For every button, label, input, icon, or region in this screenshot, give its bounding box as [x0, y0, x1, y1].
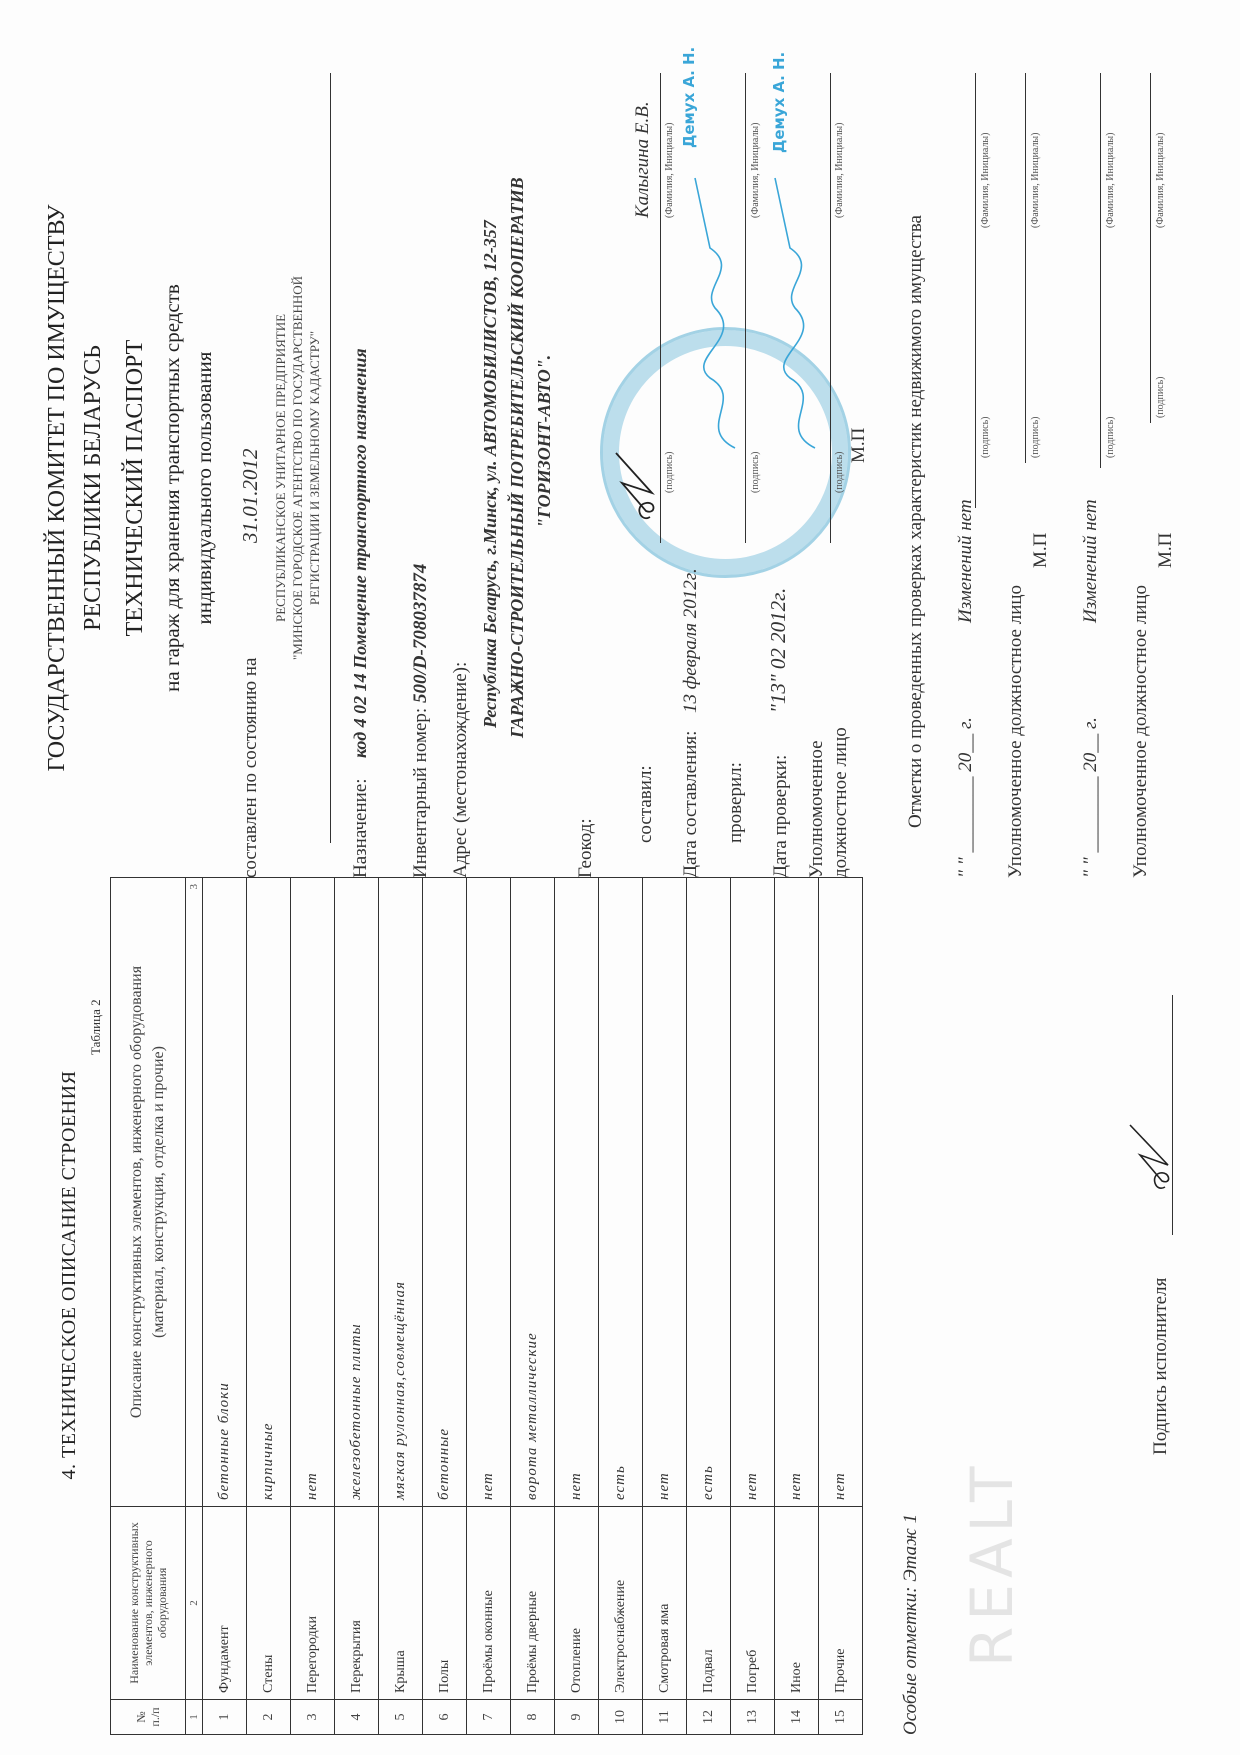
- table-row: 5Крышамягкая рулонная,совмещённая: [379, 878, 423, 1735]
- row-description: нет: [467, 878, 511, 1507]
- row-number: 9: [555, 1700, 599, 1735]
- row-element-name: Полы: [423, 1507, 467, 1700]
- check-date-value: "13" 02 2012г.: [766, 588, 791, 713]
- document-title: ТЕХНИЧЕСКИЙ ПАСПОРТ: [122, 98, 149, 878]
- check-2-line: [1100, 73, 1101, 468]
- passport-title-page: ГОСУДАРСТВЕННЫЙ КОМИТЕТ ПО ИМУЩЕСТВУ РЕС…: [0, 0, 1240, 878]
- row-number: 2: [247, 1700, 291, 1735]
- table-body: 1Фундаментбетонные блоки2Стеныкирпичные3…: [203, 878, 863, 1735]
- table-row: 8Проёмы дверныеворота металлические: [511, 878, 555, 1735]
- as-of-label: составлен по состоянию на: [240, 658, 262, 878]
- column-number: 2: [186, 1507, 203, 1700]
- committee-line2: РЕСПУБЛИКИ БЕЛАРУСЬ: [76, 98, 110, 878]
- address-line2: ГАРАЖНО-СТРОИТЕЛЬНЫЙ ПОТРЕБИТЕЛЬСКИЙ КОО…: [507, 177, 528, 738]
- row-element-name: Фундамент: [203, 1507, 247, 1700]
- row-description: бетонные: [423, 878, 467, 1507]
- row-description: ворота металлические: [511, 878, 555, 1507]
- special-notes: Особые отметки: Этаж 1: [900, 1514, 922, 1735]
- signature-caption: (подпись): [1105, 416, 1116, 458]
- row-number: 4: [335, 1700, 379, 1735]
- check-1-seal: М.П: [1030, 533, 1052, 568]
- compiled-by-name: Калыгина Е.В.: [632, 101, 654, 218]
- check-1-result: Изменений нет: [955, 499, 977, 623]
- signature-caption: (подпись): [980, 416, 991, 458]
- row-description: нет: [291, 878, 335, 1507]
- checker-signature-icon: [690, 158, 750, 458]
- row-description: нет: [775, 878, 819, 1507]
- table-row: 15Прочиенет: [819, 878, 863, 1735]
- row-number: 10: [599, 1700, 643, 1735]
- section-title: 4. ТЕХНИЧЕСКОЕ ОПИСАНИЕ СТРОЕНИЯ: [58, 885, 81, 1665]
- row-description: есть: [599, 878, 643, 1507]
- compiled-by-label: составил:: [635, 765, 657, 843]
- organization-line3: РЕГИСТРАЦИИ И ЗЕМЕЛЬНОМУ КАДАСТРУ": [306, 78, 323, 858]
- row-description: бетонные блоки: [203, 878, 247, 1507]
- organization-underline: [330, 73, 331, 843]
- row-description: нет: [731, 878, 775, 1507]
- document-sheet: 4. ТЕХНИЧЕСКОЕ ОПИСАНИЕ СТРОЕНИЯ Таблица…: [0, 0, 1240, 1755]
- document-subtitle-line1: на гараж для хранения транспортных средс…: [156, 98, 189, 878]
- as-of-date: 31.01.2012: [238, 449, 263, 544]
- row-number: 8: [511, 1700, 555, 1735]
- checked-by-stamp-name: Демух А. Н.: [680, 47, 698, 148]
- column-number: 3: [186, 878, 203, 1507]
- check-1-official-line: [1025, 73, 1026, 463]
- row-element-name: Проёмы оконные: [467, 1507, 511, 1700]
- purpose-label: Назначение:: [350, 778, 372, 878]
- name-caption: (Фамилия, Инициалы): [834, 123, 845, 218]
- name-caption: (Фамилия, Инициалы): [1030, 133, 1041, 228]
- check-1-official: Уполномоченное должностное лицо: [1005, 585, 1027, 878]
- realt-watermark: REALT: [958, 1461, 1026, 1667]
- table-row: 12Подвалесть: [687, 878, 731, 1735]
- table-row: 6Полыбетонные: [423, 878, 467, 1735]
- address-line3: "ГОРИЗОНТ-АВТО".: [534, 355, 555, 528]
- check-2-official: Уполномоченное должностное лицо: [1130, 585, 1152, 878]
- name-caption: (Фамилия, Инициалы): [980, 133, 991, 228]
- name-caption: (Фамилия, Инициалы): [1155, 133, 1166, 228]
- row-number: 14: [775, 1700, 819, 1735]
- row-element-name: Электроснабжение: [599, 1507, 643, 1700]
- inventory-label: Инвентарный номер:: [410, 708, 432, 878]
- row-number: 6: [423, 1700, 467, 1735]
- seal-place: М.П: [848, 428, 870, 463]
- signature-caption: (подпись): [664, 451, 675, 493]
- table-row: 9Отоплениенет: [555, 878, 599, 1735]
- row-element-name: Смотровая яма: [643, 1507, 687, 1700]
- purpose-value: код 4 02 14 Помещение транспортного назн…: [350, 348, 371, 758]
- name-caption: (Фамилия, Инициалы): [1105, 133, 1116, 228]
- row-number: 3: [291, 1700, 335, 1735]
- checked-by-label: проверил:: [725, 762, 747, 843]
- row-element-name: Отопление: [555, 1507, 599, 1700]
- committee-line1: ГОСУДАРСТВЕННЫЙ КОМИТЕТ ПО ИМУЩЕСТВУ: [40, 98, 74, 878]
- organization-line2: "МИНСКОЕ ГОРОДСКОЕ АГЕНТСТВО ПО ГОСУДАРС…: [289, 78, 306, 858]
- table-row: 10Электроснабжениеесть: [599, 878, 643, 1735]
- executor-signature-icon: [1120, 1085, 1180, 1195]
- header-description-line2: (материал, конструкция, отделка и прочие…: [148, 884, 170, 1500]
- compile-date-label: Дата составления:: [680, 731, 702, 878]
- row-number: 1: [203, 1700, 247, 1735]
- table-row: 11Смотровая яманет: [643, 878, 687, 1735]
- compile-date-value: 13 февраля 2012г.: [680, 568, 702, 713]
- authorized-label-line1: Уполномоченное: [806, 740, 828, 878]
- header-num: № п./п: [111, 1700, 186, 1735]
- authorized-line: [830, 73, 831, 543]
- row-description: мягкая рулонная,совмещённая: [379, 878, 423, 1507]
- row-element-name: Перегородки: [291, 1507, 335, 1700]
- check-2-official-line: [1150, 73, 1151, 423]
- table-row: 14Иноенет: [775, 878, 819, 1735]
- row-element-name: Стены: [247, 1507, 291, 1700]
- authorized-signature-icon: [770, 158, 830, 458]
- table-row: 7Проёмы оконныенет: [467, 878, 511, 1735]
- check-1-line: [975, 73, 976, 508]
- row-number: 11: [643, 1700, 687, 1735]
- row-description: нет: [819, 878, 863, 1507]
- check-date-label: Дата проверки:: [770, 755, 792, 878]
- signature-caption: (подпись): [1155, 376, 1166, 418]
- row-element-name: Крыша: [379, 1507, 423, 1700]
- document-subtitle-line2: индивидуального пользования: [188, 98, 221, 878]
- row-number: 7: [467, 1700, 511, 1735]
- compiler-signature-icon: [612, 433, 662, 523]
- technical-description-page: 4. ТЕХНИЧЕСКОЕ ОПИСАНИЕ СТРОЕНИЯ Таблица…: [0, 878, 1240, 1755]
- header-description: Описание конструктивных элементов, инжен…: [111, 878, 186, 1507]
- row-number: 15: [819, 1700, 863, 1735]
- row-element-name: Перекрытия: [335, 1507, 379, 1700]
- name-caption: (Фамилия, Инициалы): [750, 123, 761, 218]
- row-description: нет: [643, 878, 687, 1507]
- signature-caption: (подпись): [1030, 416, 1041, 458]
- row-description: есть: [687, 878, 731, 1507]
- name-caption: (Фамилия, Инициалы): [664, 123, 675, 218]
- row-description: кирпичные: [247, 878, 291, 1507]
- checks-title: Отметки о проведенных проверках характер…: [905, 215, 927, 828]
- header-description-line1: Описание конструктивных элементов, инжен…: [126, 884, 148, 1500]
- column-number-row: 1 2 3: [186, 878, 203, 1735]
- row-element-name: Проёмы дверные: [511, 1507, 555, 1700]
- table-row: 2Стеныкирпичные: [247, 878, 291, 1735]
- address-label: Адрес (местонахождение):: [450, 662, 472, 878]
- table-row: 3Перегородкинет: [291, 878, 335, 1735]
- row-element-name: Прочие: [819, 1507, 863, 1700]
- row-number: 5: [379, 1700, 423, 1735]
- table-header-row: № п./п Наименование конструктивных элеме…: [111, 878, 186, 1735]
- table-row: 13Погребнет: [731, 878, 775, 1735]
- row-element-name: Подвал: [687, 1507, 731, 1700]
- table-row: 4Перекрытияжелезобетонные плиты: [335, 878, 379, 1735]
- address-line1: Республика Беларусь, г.Минск, ул. АВТОМО…: [480, 220, 501, 728]
- authorized-label-line2: должностное лицо: [830, 727, 852, 878]
- signature-caption: (подпись): [750, 451, 761, 493]
- table-label: Таблица 2: [88, 999, 104, 1055]
- technical-description-table: № п./п Наименование конструктивных элеме…: [110, 877, 863, 1735]
- row-description: нет: [555, 878, 599, 1507]
- header-name: Наименование конструктивных элементов, и…: [111, 1507, 186, 1700]
- check-2-date: " " ________ 20__ г.: [1080, 717, 1102, 878]
- row-number: 12: [687, 1700, 731, 1735]
- row-element-name: Погреб: [731, 1507, 775, 1700]
- column-number: 1: [186, 1700, 203, 1735]
- inventory-number: 500/D-708037874: [410, 564, 432, 703]
- geocode-label: Геокод:: [575, 818, 597, 878]
- signature-caption: (подпись): [834, 451, 845, 493]
- row-number: 13: [731, 1700, 775, 1735]
- executor-signature-label: Подпись исполнителя: [1150, 1278, 1172, 1455]
- check-2-result: Изменений нет: [1080, 499, 1102, 623]
- row-description: железобетонные плиты: [335, 878, 379, 1507]
- organization-line1: РЕСПУБЛИКАНСКОЕ УНИТАРНОЕ ПРЕДПРИЯТИЕ: [272, 78, 289, 858]
- table-row: 1Фундаментбетонные блоки: [203, 878, 247, 1735]
- row-element-name: Иное: [775, 1507, 819, 1700]
- authorized-stamp-name: Демух А. Н.: [770, 52, 788, 153]
- check-2-seal: М.П: [1155, 533, 1177, 568]
- check-1-date: " " ________ 20__ г.: [955, 717, 977, 878]
